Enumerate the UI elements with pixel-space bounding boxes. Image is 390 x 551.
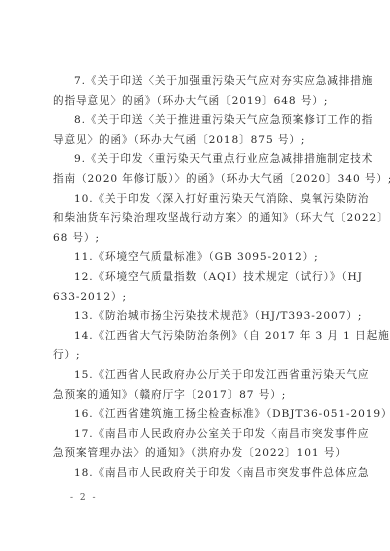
text-line: 15.《江西省人民政府办公厅关于印发江西省重污染天气应: [53, 366, 343, 386]
text-line: 急预案管理办法〉的通知》（洪府办发〔2022〕101 号）: [53, 444, 343, 464]
text-line: 17.《南昌市人民政府办公室关于印发〈南昌市突发事件应: [53, 425, 343, 445]
text-line: 10.《关于印发〈深入打好重污染天气消除、臭氧污染防治: [53, 190, 343, 210]
text-line: 行）;: [53, 346, 343, 366]
text-line: 68 号）;: [53, 229, 343, 249]
text-line: 导意见〉的函》（环办大气函〔2018〕875 号）;: [53, 131, 343, 151]
page-number: - 2 -: [70, 493, 98, 503]
text-line: 14.《江西省大气污染防治条例》（自 2017 年 3 月 1 日起施: [53, 327, 343, 347]
text-line: 16.《江西省建筑施工扬尘检查标准》（DBJT36-051-2019）;: [53, 405, 343, 425]
text-line: 633-2012）;: [53, 288, 343, 308]
text-line: 的指导意见〉的函》（环办大气函〔2019〕648 号）;: [53, 92, 343, 112]
text-line: 12.《环境空气质量指数（AQI）技术规定（试行）》（HJ: [53, 268, 343, 288]
text-line: 和柴油货车污染治理攻坚战行动方案〉的通知》（环大气〔2022〕: [53, 209, 343, 229]
document-body: 7.《关于印送〈关于加强重污染天气应对夯实应急减排措施 的指导意见〉的函》（环办…: [53, 72, 343, 483]
text-line: 8.《关于印送〈关于推进重污染天气应急预案修订工作的指: [53, 111, 343, 131]
text-line: 9.《关于印发〈重污染天气重点行业应急减排措施制定技术: [53, 150, 343, 170]
document-page: 7.《关于印送〈关于加强重污染天气应对夯实应急减排措施 的指导意见〉的函》（环办…: [0, 0, 390, 551]
text-line: 18.《南昌市人民政府关于印发〈南昌市突发事件总体应急: [53, 464, 343, 484]
text-line: 指南（2020 年修订版）〉的函》（环办大气函〔2020〕340 号）;: [53, 170, 343, 190]
text-line: 11.《环境空气质量标准》（GB 3095-2012）;: [53, 248, 343, 268]
text-line: 急预案的通知》（赣府厅字〔2017〕87 号）;: [53, 386, 343, 406]
text-line: 7.《关于印送〈关于加强重污染天气应对夯实应急减排措施: [53, 72, 343, 92]
text-line: 13.《防治城市扬尘污染技术规范》（HJ/T393-2007）;: [53, 307, 343, 327]
